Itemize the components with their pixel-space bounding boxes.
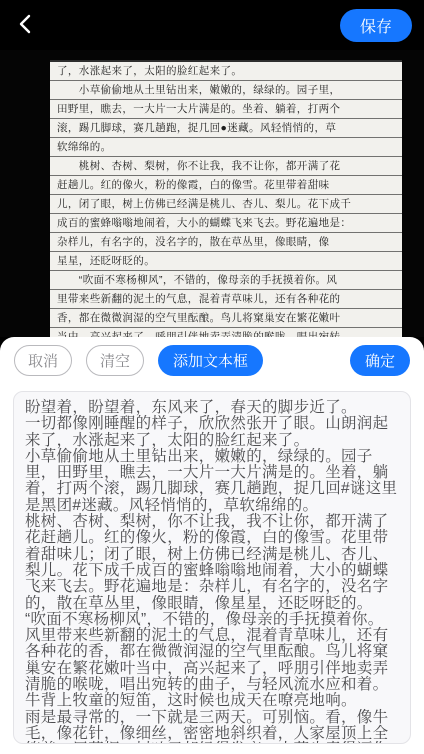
toolbar: 取消 清空 添加文本框 确定 — [0, 337, 424, 383]
ocr-result-text[interactable]: 盼望着，盼望着，东风来了，春天的脚步近了。 一切都像刚睡醒的样子，欣欣然张开了眼… — [25, 400, 399, 744]
header: 保存 — [0, 0, 424, 50]
confirm-button[interactable]: 确定 — [350, 345, 410, 376]
handwriting-line: 杂样儿，有名字的，没名字的，散在草丛里，像眼睛，像 — [57, 233, 395, 252]
bottom-sheet: 取消 清空 添加文本框 确定 盼望着，盼望着，东风来了，春天的脚步近了。 一切都… — [0, 337, 424, 754]
handwriting-photo: 了，水涨起来了，太阳的脸红起来了。 小草偷偷地从土里钻出来，嫩嫩的，绿绿的。园子… — [50, 60, 402, 337]
photo-canvas[interactable]: 了，水涨起来了，太阳的脸红起来了。 小草偷偷地从土里钻出来，嫩嫩的，绿绿的。园子… — [0, 50, 424, 337]
handwriting-line: 赶趟儿。红的像火，粉的像霞，白的像雪。花里带着甜味 — [57, 176, 395, 195]
handwriting-line: 香，都在微微润湿的空气里酝酿。鸟儿将窠巢安在繁花嫩叶 — [57, 309, 395, 328]
clear-button[interactable]: 清空 — [86, 345, 144, 376]
handwriting-line: 星星，还眨呀眨的。 — [57, 252, 395, 271]
handwriting-line: 桃树、杏树、梨树，你不让我，我不让你，都开满了花 — [57, 157, 395, 176]
cancel-button[interactable]: 取消 — [14, 345, 72, 376]
handwriting-line: 滚，踢几脚球，赛几趟跑，捉几回●迷藏。风轻悄悄的，草 — [57, 119, 395, 138]
handwriting-line: 里带来些新翻的泥土的气息，混着青草味儿，还有各种花的 — [57, 290, 395, 309]
handwriting-line: 儿，闭了眼，树上仿佛已经满是桃儿、杏儿、梨儿。花下成千 — [57, 195, 395, 214]
handwriting-line: “吹面不寒杨柳风”，不错的，像母亲的手抚摸着你。风 — [57, 271, 395, 290]
ocr-result-box[interactable]: 盼望着，盼望着，东风来了，春天的脚步近了。 一切都像刚睡醒的样子，欣欣然张开了眼… — [13, 391, 411, 744]
handwriting-line: 软绵绵的。 — [57, 138, 395, 157]
save-button[interactable]: 保存 — [340, 9, 412, 42]
handwriting-line: 当中，高兴起来了，呼朋引伴地卖弄清脆的喉咙，唱出宛转 — [57, 328, 395, 337]
handwriting-line: 了，水涨起来了，太阳的脸红起来了。 — [57, 62, 395, 81]
back-button[interactable] — [6, 5, 46, 45]
handwriting-line: 田野里，瞧去，一大片一大片满是的。坐着、躺着，打两个 — [57, 100, 395, 119]
handwriting-line: 成百的蜜蜂嗡嗡地闹着，大小的蝴蝶飞来飞去。野花遍地是： — [57, 214, 395, 233]
add-textbox-button[interactable]: 添加文本框 — [158, 345, 263, 376]
handwriting-line: 小草偷偷地从土里钻出来，嫩嫩的，绿绿的。园子里， — [57, 81, 395, 100]
back-chevron-icon — [15, 13, 37, 38]
